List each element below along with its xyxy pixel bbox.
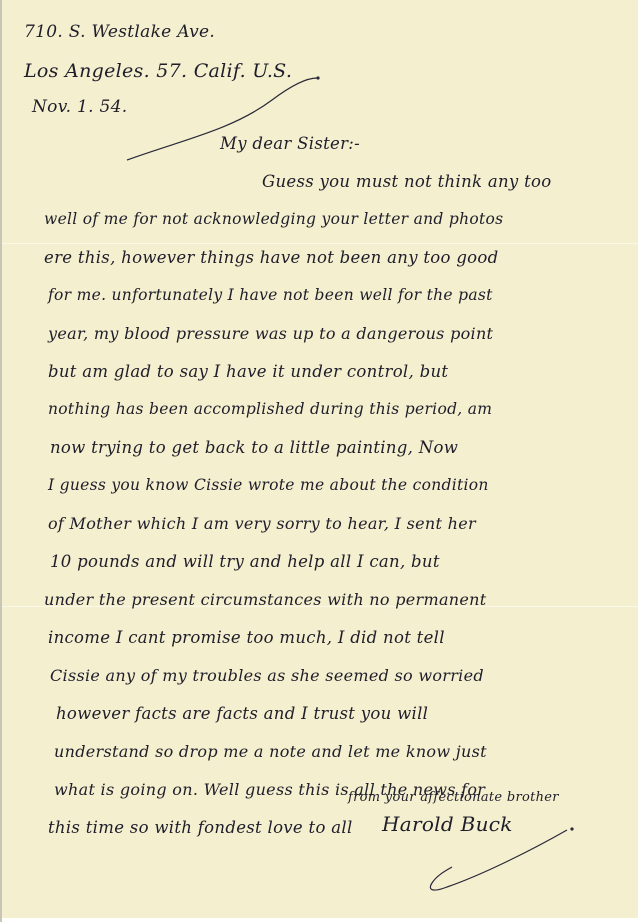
- body-line: I guess you know Cissie wrote me about t…: [48, 476, 489, 494]
- closing: from your affectionate brother: [348, 790, 559, 805]
- body-line: this time so with fondest love to all: [48, 818, 353, 837]
- body-line: understand so drop me a note and let me …: [54, 742, 487, 761]
- address-line-1: 710. S. Westlake Ave.: [24, 22, 215, 42]
- letter-date: Nov. 1. 54.: [32, 97, 127, 117]
- letter-page: 710. S. Westlake Ave. Los Angeles. 57. C…: [0, 0, 638, 922]
- body-line: income I cant promise too much, I did no…: [48, 628, 445, 647]
- body-line: nothing has been accomplished during thi…: [48, 400, 492, 418]
- paper-fold-line: [2, 243, 638, 244]
- body-line: year, my blood pressure was up to a dang…: [48, 324, 493, 343]
- body-line: Cissie any of my troubles as she seemed …: [50, 666, 484, 685]
- body-line: under the present circumstances with no …: [44, 590, 487, 609]
- address-flourish: [122, 70, 322, 170]
- salutation: My dear Sister:-: [220, 134, 360, 153]
- body-line: well of me for not acknowledging your le…: [44, 210, 503, 228]
- scan-edge: [2, 918, 638, 922]
- body-line: however facts are facts and I trust you …: [56, 704, 428, 723]
- body-line: but am glad to say I have it under contr…: [48, 362, 448, 381]
- signature-flourish: [422, 825, 582, 905]
- body-line: of Mother which I am very sorry to hear,…: [48, 514, 476, 533]
- body-line: 10 pounds and will try and help all I ca…: [50, 552, 440, 571]
- body-line: Guess you must not think any too: [262, 172, 551, 191]
- body-line: ere this, however things have not been a…: [44, 248, 499, 267]
- body-line: for me. unfortunately I have not been we…: [48, 286, 493, 304]
- body-line: now trying to get back to a little paint…: [50, 438, 458, 457]
